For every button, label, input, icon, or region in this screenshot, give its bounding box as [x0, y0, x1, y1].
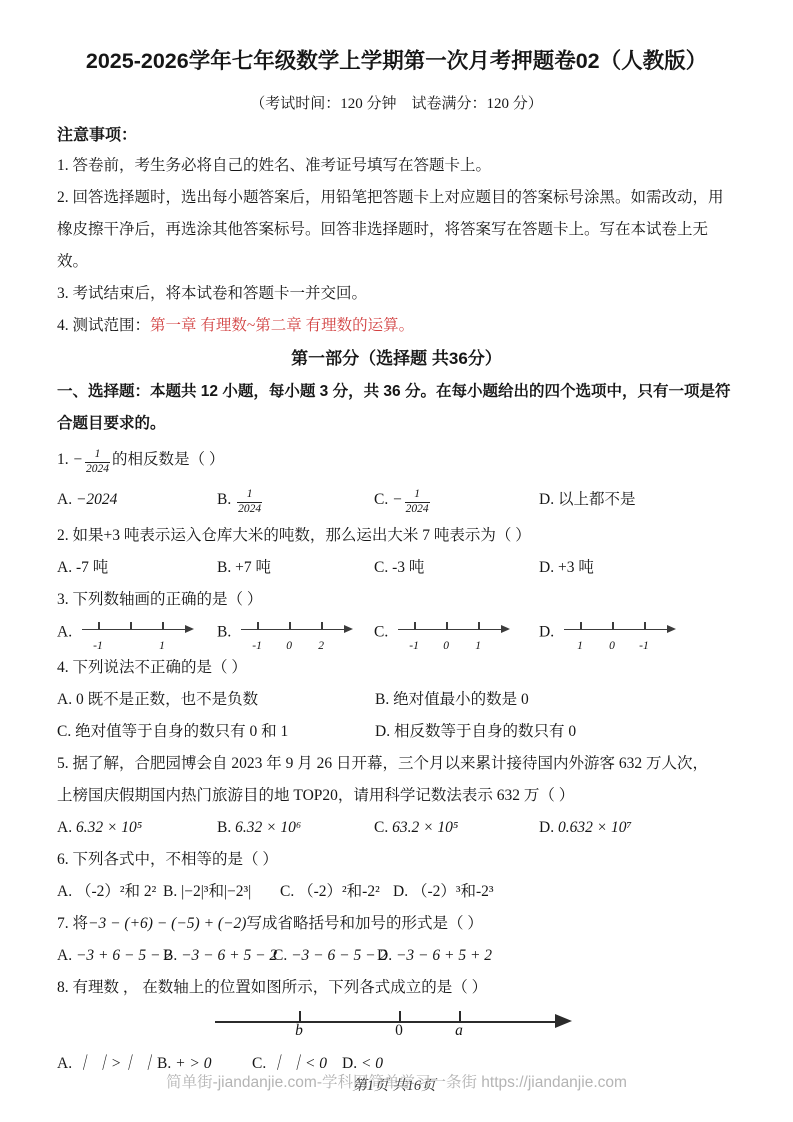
question-6-options: A. （-2）²和 2² B. |−2|³和|−2³| C. （-2）²和-2²… — [57, 876, 736, 908]
q1-option-b: B. 12024 — [217, 480, 264, 520]
page-title: 2025-2026学年七年级数学上学期第一次月考押题卷02（人教版） — [57, 46, 736, 76]
q1-option-b-fraction: 12024 — [237, 488, 262, 517]
q5-option-b: B. 6.32 × 10⁶ — [217, 812, 301, 844]
tick-label-zero: 0 — [387, 1022, 411, 1040]
arrow-right-icon — [185, 625, 194, 633]
q3-option-b: B. -102 — [217, 616, 357, 650]
arrow-right-icon — [667, 625, 676, 633]
question-5-stem-line1: 5. 据了解，合肥园博会自 2023 年 9 月 26 日开幕，三个月以来累计接… — [57, 748, 736, 780]
q6-option-d: D. （-2）³和-2³ — [393, 876, 494, 908]
q7-expression: −3 − (+6) − (−5) + (−2) — [88, 915, 246, 932]
number-line-d: 10-1 — [564, 616, 680, 650]
question-8-stem: 8. 有理数 ， 在数轴上的位置如图所示，下列各式成立的是（ ） — [57, 972, 736, 1004]
q5-option-a: A. 6.32 × 10⁵ — [57, 812, 142, 844]
q6-option-a: A. （-2）²和 2² — [57, 876, 156, 908]
tick-label-b: b — [287, 1022, 311, 1040]
notice-item-1: 1. 答卷前，考生务必将自己的姓名、准考证号填写在答题卡上。 — [57, 150, 736, 182]
arrow-right-icon — [555, 1014, 572, 1028]
q6-option-c: C. （-2）²和-2² — [280, 876, 380, 908]
q7-option-b: B. −3 − 6 + 5 − 2 — [163, 940, 277, 972]
q4-option-b: B. 绝对值最小的数是 0 — [375, 684, 529, 716]
q1-option-a: A. −2024 — [57, 480, 117, 520]
question-2-stem: 2. 如果+3 吨表示运入仓库大米的吨数，那么运出大米 7 吨表示为（ ） — [57, 520, 736, 552]
q1-option-d: D. 以上都不是 — [539, 480, 635, 520]
q1-frac-sign: − — [73, 451, 83, 468]
question-1-stem: 1. −12024的相反数是（ ） — [57, 440, 736, 480]
question-7-options: A. −3 + 6 − 5 − 2 B. −3 − 6 + 5 − 2 C. −… — [57, 940, 736, 972]
notice-item-4-prefix: 4. 测试范围： — [57, 317, 150, 334]
axis-line — [215, 1021, 557, 1023]
q4-option-a: A. 0 既不是正数，也不是负数 — [57, 684, 258, 716]
q4-option-d: D. 相反数等于自身的数只有 0 — [375, 716, 576, 748]
question-6-stem: 6. 下列各式中，不相等的是（ ） — [57, 844, 736, 876]
notice-item-4: 4. 测试范围：第一章 有理数~第二章 有理数的运算。 — [57, 310, 736, 342]
page-number: 第1页 共16页 — [352, 1074, 435, 1095]
exam-time-score: （考试时间：120 分钟 试卷满分：120 分） — [57, 92, 736, 116]
q7-option-c: C. −3 − 6 − 5 − 2 — [273, 940, 387, 972]
question-8-number-line: b 0 a — [215, 1004, 595, 1048]
question-7-stem: 7. 将−3 − (+6) − (−5) + (−2)写成省略括号和加号的形式是… — [57, 908, 736, 940]
test-scope-red-text: 第一章 有理数~第二章 有理数的运算。 — [150, 317, 414, 334]
exam-page: 2025-2026学年七年级数学上学期第一次月考押题卷02（人教版） （考试时间… — [0, 0, 793, 1122]
q2-option-b: B. +7 吨 — [217, 552, 271, 584]
arrow-right-icon — [501, 625, 510, 633]
question-5-stem-line2: 上榜国庆假期国内热门旅游目的地 TOP20，请用科学记数法表示 632 万（ ） — [57, 780, 736, 812]
page-footer: 简单街-jiandanjie.com-学科网简单学习一条街 https://ji… — [0, 1070, 793, 1100]
question-3-options: A. -11 B. -102 C. -101 D. 10-1 — [57, 616, 736, 652]
question-3-stem: 3. 下列数轴画的正确的是（ ） — [57, 584, 736, 616]
q1-option-c: C. −12024 — [374, 480, 432, 520]
question-4-options-row1: A. 0 既不是正数，也不是负数 B. 绝对值最小的数是 0 — [57, 684, 736, 716]
notice-item-2: 2. 回答选择题时，选出每小题答案后，用铅笔把答题卡上对应题目的答案标号涂黑。如… — [57, 182, 736, 278]
q5-option-d: D. 0.632 × 10⁷ — [539, 812, 632, 844]
q1-fraction: 12024 — [85, 448, 110, 477]
q1-option-c-fraction: 12024 — [405, 488, 430, 517]
q1-stem-text: 的相反数是（ ） — [112, 451, 224, 468]
q2-option-a: A. -7 吨 — [57, 552, 108, 584]
q1-number: 1. — [57, 451, 73, 468]
number-line-c: -101 — [398, 616, 514, 650]
q6-option-b: B. |−2|³和|−2³| — [163, 876, 251, 908]
q2-option-d: D. +3 吨 — [539, 552, 594, 584]
q3-option-a: A. -11 — [57, 616, 198, 650]
q7-option-a: A. −3 + 6 − 5 − 2 — [57, 940, 172, 972]
notice-item-3: 3. 考试结束后，将本试卷和答题卡一并交回。 — [57, 278, 736, 310]
number-line-b: -102 — [241, 616, 357, 650]
arrow-right-icon — [344, 625, 353, 633]
q5-option-c: C. 63.2 × 10⁵ — [374, 812, 458, 844]
question-4-options-row2: C. 绝对值等于自身的数只有 0 和 1 D. 相反数等于自身的数只有 0 — [57, 716, 736, 748]
tick-label-a: a — [447, 1022, 471, 1040]
question-5-options: A. 6.32 × 10⁵ B. 6.32 × 10⁶ C. 63.2 × 10… — [57, 812, 736, 844]
q7-option-d: D. −3 − 6 + 5 + 2 — [377, 940, 492, 972]
question-2-options: A. -7 吨 B. +7 吨 C. -3 吨 D. +3 吨 — [57, 552, 736, 584]
q2-option-c: C. -3 吨 — [374, 552, 424, 584]
question-1-options: A. −2024 B. 12024 C. −12024 D. 以上都不是 — [57, 480, 736, 520]
number-line-a: -11 — [82, 616, 198, 650]
section1-intro: 一、选择题：本题共 12 小题，每小题 3 分，共 36 分。在每小题给出的四个… — [57, 376, 736, 440]
notice-heading: 注意事项： — [57, 122, 736, 150]
q3-option-d: D. 10-1 — [539, 616, 680, 650]
q3-option-c: C. -101 — [374, 616, 514, 650]
q4-option-c: C. 绝对值等于自身的数只有 0 和 1 — [57, 716, 288, 748]
section1-heading: 第一部分（选择题 共36分） — [57, 342, 736, 376]
